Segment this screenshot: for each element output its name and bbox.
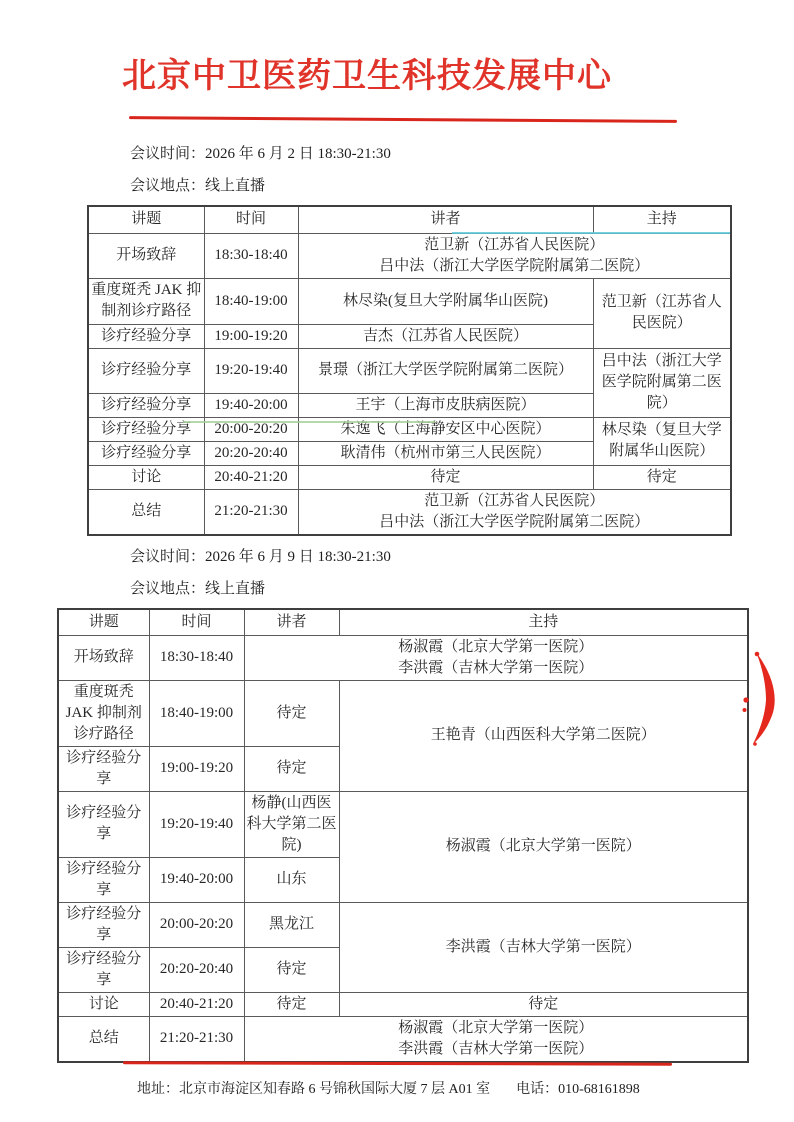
- table-cell: 诊疗经验分享: [88, 324, 204, 348]
- table-row: 讨论20:40-21:20待定待定: [88, 465, 731, 489]
- table-cell: 杨静(山西医科大学第二医院): [244, 791, 339, 857]
- table-cell: 诊疗经验分享: [88, 441, 204, 465]
- table-cell: 林尽染(复旦大学附属华山医院): [298, 278, 593, 324]
- footer: 地址：北京市海淀区知春路 6 号锦秋国际大厦 7 层 A01 室电话：010-6…: [137, 1078, 640, 1098]
- table-cell: 重度斑秃 JAK 抑制剂诊疗路径: [88, 278, 204, 324]
- table-cell: 王宇（上海市皮肤病医院）: [298, 393, 593, 417]
- table-cell: 耿清伟（杭州市第三人民医院）: [298, 441, 593, 465]
- agenda-table-session-1: 讲题时间讲者主持开场致辞18:30-18:40范卫新（江苏省人民医院）吕中法（浙…: [87, 205, 732, 536]
- table-cell: 诊疗经验分享: [58, 947, 149, 992]
- page-title: 北京中卫医药卫生科技发展中心: [122, 48, 682, 97]
- table-cell: 王艳青（山西医科大学第二医院）: [339, 680, 748, 791]
- column-header: 讲题: [58, 609, 149, 635]
- title-divider-line: [129, 116, 677, 123]
- table-header-row: 讲题时间讲者主持: [58, 609, 748, 635]
- table-cell: 诊疗经验分享: [58, 857, 149, 902]
- agenda-table-session-2: 讲题时间讲者主持开场致辞18:30-18:40杨淑霞（北京大学第一医院）李洪霞（…: [57, 608, 749, 1063]
- column-header: 时间: [204, 206, 298, 233]
- table-cell: 21:20-21:30: [204, 489, 298, 535]
- table-cell: 杨淑霞（北京大学第一医院）李洪霞（吉林大学第一医院）: [244, 635, 748, 680]
- column-header: 主持: [339, 609, 748, 635]
- table-row: 开场致辞18:30-18:40杨淑霞（北京大学第一医院）李洪霞（吉林大学第一医院…: [58, 635, 748, 680]
- table-row: 诊疗经验分享20:00-20:20黑龙江李洪霞（吉林大学第一医院）: [58, 902, 748, 947]
- table-cell: 20:40-21:20: [149, 992, 244, 1016]
- table-row: 重度斑秃 JAK 抑制剂诊疗路径18:40-19:00待定王艳青（山西医科大学第…: [58, 680, 748, 746]
- table-cell: 讨论: [88, 465, 204, 489]
- table-cell: 18:30-18:40: [204, 233, 298, 278]
- table-header-row: 讲题时间讲者主持: [88, 206, 731, 233]
- table-cell: 待定: [244, 746, 339, 791]
- scan-artifact-green-line: [183, 421, 435, 423]
- table-row: 开场致辞18:30-18:40范卫新（江苏省人民医院）吕中法（浙江大学医学院附属…: [88, 233, 731, 278]
- scan-artifact-cyan-line: [452, 232, 730, 234]
- table-cell: 待定: [244, 992, 339, 1016]
- table-cell: 19:20-19:40: [204, 348, 298, 393]
- red-stamp-mark: [742, 650, 786, 746]
- table-cell: 19:40-20:00: [149, 857, 244, 902]
- table-row: 诊疗经验分享19:20-19:40景璟（浙江大学医学院附属第二医院）吕中法（浙江…: [88, 348, 731, 393]
- table-row: 总结21:20-21:30杨淑霞（北京大学第一医院）李洪霞（吉林大学第一医院）: [58, 1016, 748, 1062]
- table-cell: 20:20-20:40: [149, 947, 244, 992]
- table-cell: 20:00-20:20: [149, 902, 244, 947]
- table-cell: 杨淑霞（北京大学第一医院）李洪霞（吉林大学第一医院）: [244, 1016, 748, 1062]
- table-cell: 景璟（浙江大学医学院附属第二医院）: [298, 348, 593, 393]
- table-cell: 黑龙江: [244, 902, 339, 947]
- meeting-time-1: 会议时间：2026 年 6 月 2 日 18:30-21:30: [130, 142, 391, 163]
- table-cell: 李洪霞（吉林大学第一医院）: [339, 902, 748, 992]
- table-cell: 讨论: [58, 992, 149, 1016]
- table-cell: 诊疗经验分享: [88, 348, 204, 393]
- table-cell: 总结: [58, 1016, 149, 1062]
- table-cell: 吕中法（浙江大学医学院附属第二医院）: [593, 348, 731, 417]
- table-cell: 待定: [244, 680, 339, 746]
- footer-address: 地址：北京市海淀区知春路 6 号锦秋国际大厦 7 层 A01 室: [137, 1082, 490, 1097]
- table-cell: 待定: [339, 992, 748, 1016]
- meeting-place-2: 会议地点：线上直播: [130, 577, 265, 598]
- table-cell: 19:20-19:40: [149, 791, 244, 857]
- table-cell: 范卫新（江苏省人民医院）吕中法（浙江大学医学院附属第二医院）: [298, 489, 731, 535]
- column-header: 时间: [149, 609, 244, 635]
- table-cell: 待定: [593, 465, 731, 489]
- table-cell: 18:40-19:00: [149, 680, 244, 746]
- table-cell: 20:40-21:20: [204, 465, 298, 489]
- table-row: 总结21:20-21:30范卫新（江苏省人民医院）吕中法（浙江大学医学院附属第二…: [88, 489, 731, 535]
- table-cell: 诊疗经验分享: [58, 746, 149, 791]
- footer-phone: 电话：010-68161898: [516, 1082, 640, 1097]
- table-row: 诊疗经验分享19:20-19:40杨静(山西医科大学第二医院)杨淑霞（北京大学第…: [58, 791, 748, 857]
- table-cell: 山东: [244, 857, 339, 902]
- table-cell: 待定: [298, 465, 593, 489]
- column-header: 讲题: [88, 206, 204, 233]
- table-cell: 诊疗经验分享: [58, 902, 149, 947]
- table-row: 讨论20:40-21:20待定待定: [58, 992, 748, 1016]
- footer-divider-line: [123, 1061, 672, 1065]
- table-cell: 诊疗经验分享: [88, 393, 204, 417]
- column-header: 讲者: [244, 609, 339, 635]
- table-cell: 诊疗经验分享: [58, 791, 149, 857]
- column-header: 讲者: [298, 206, 593, 233]
- table-cell: 开场致辞: [58, 635, 149, 680]
- table-cell: 重度斑秃 JAK 抑制剂诊疗路径: [58, 680, 149, 746]
- document-page: 北京中卫医药卫生科技发展中心 会议时间：2026 年 6 月 2 日 18:30…: [0, 0, 794, 1122]
- table-row: 重度斑秃 JAK 抑制剂诊疗路径18:40-19:00林尽染(复旦大学附属华山医…: [88, 278, 731, 324]
- column-header: 主持: [593, 206, 731, 233]
- table-cell: 21:20-21:30: [149, 1016, 244, 1062]
- table-cell: 总结: [88, 489, 204, 535]
- table-cell: 19:00-19:20: [204, 324, 298, 348]
- meeting-place-1: 会议地点：线上直播: [130, 174, 265, 195]
- table-cell: 范卫新（江苏省人民医院）: [593, 278, 731, 348]
- table-cell: 开场致辞: [88, 233, 204, 278]
- table-cell: 19:00-19:20: [149, 746, 244, 791]
- table-cell: 18:30-18:40: [149, 635, 244, 680]
- meeting-time-2: 会议时间：2026 年 6 月 9 日 18:30-21:30: [130, 545, 391, 566]
- table-cell: 19:40-20:00: [204, 393, 298, 417]
- table-cell: 吉杰（江苏省人民医院）: [298, 324, 593, 348]
- table-cell: 18:40-19:00: [204, 278, 298, 324]
- table-cell: 待定: [244, 947, 339, 992]
- table-cell: 范卫新（江苏省人民医院）吕中法（浙江大学医学院附属第二医院）: [298, 233, 731, 278]
- table-cell: 杨淑霞（北京大学第一医院）: [339, 791, 748, 902]
- table-cell: 20:20-20:40: [204, 441, 298, 465]
- table-cell: 林尽染（复旦大学附属华山医院）: [593, 417, 731, 465]
